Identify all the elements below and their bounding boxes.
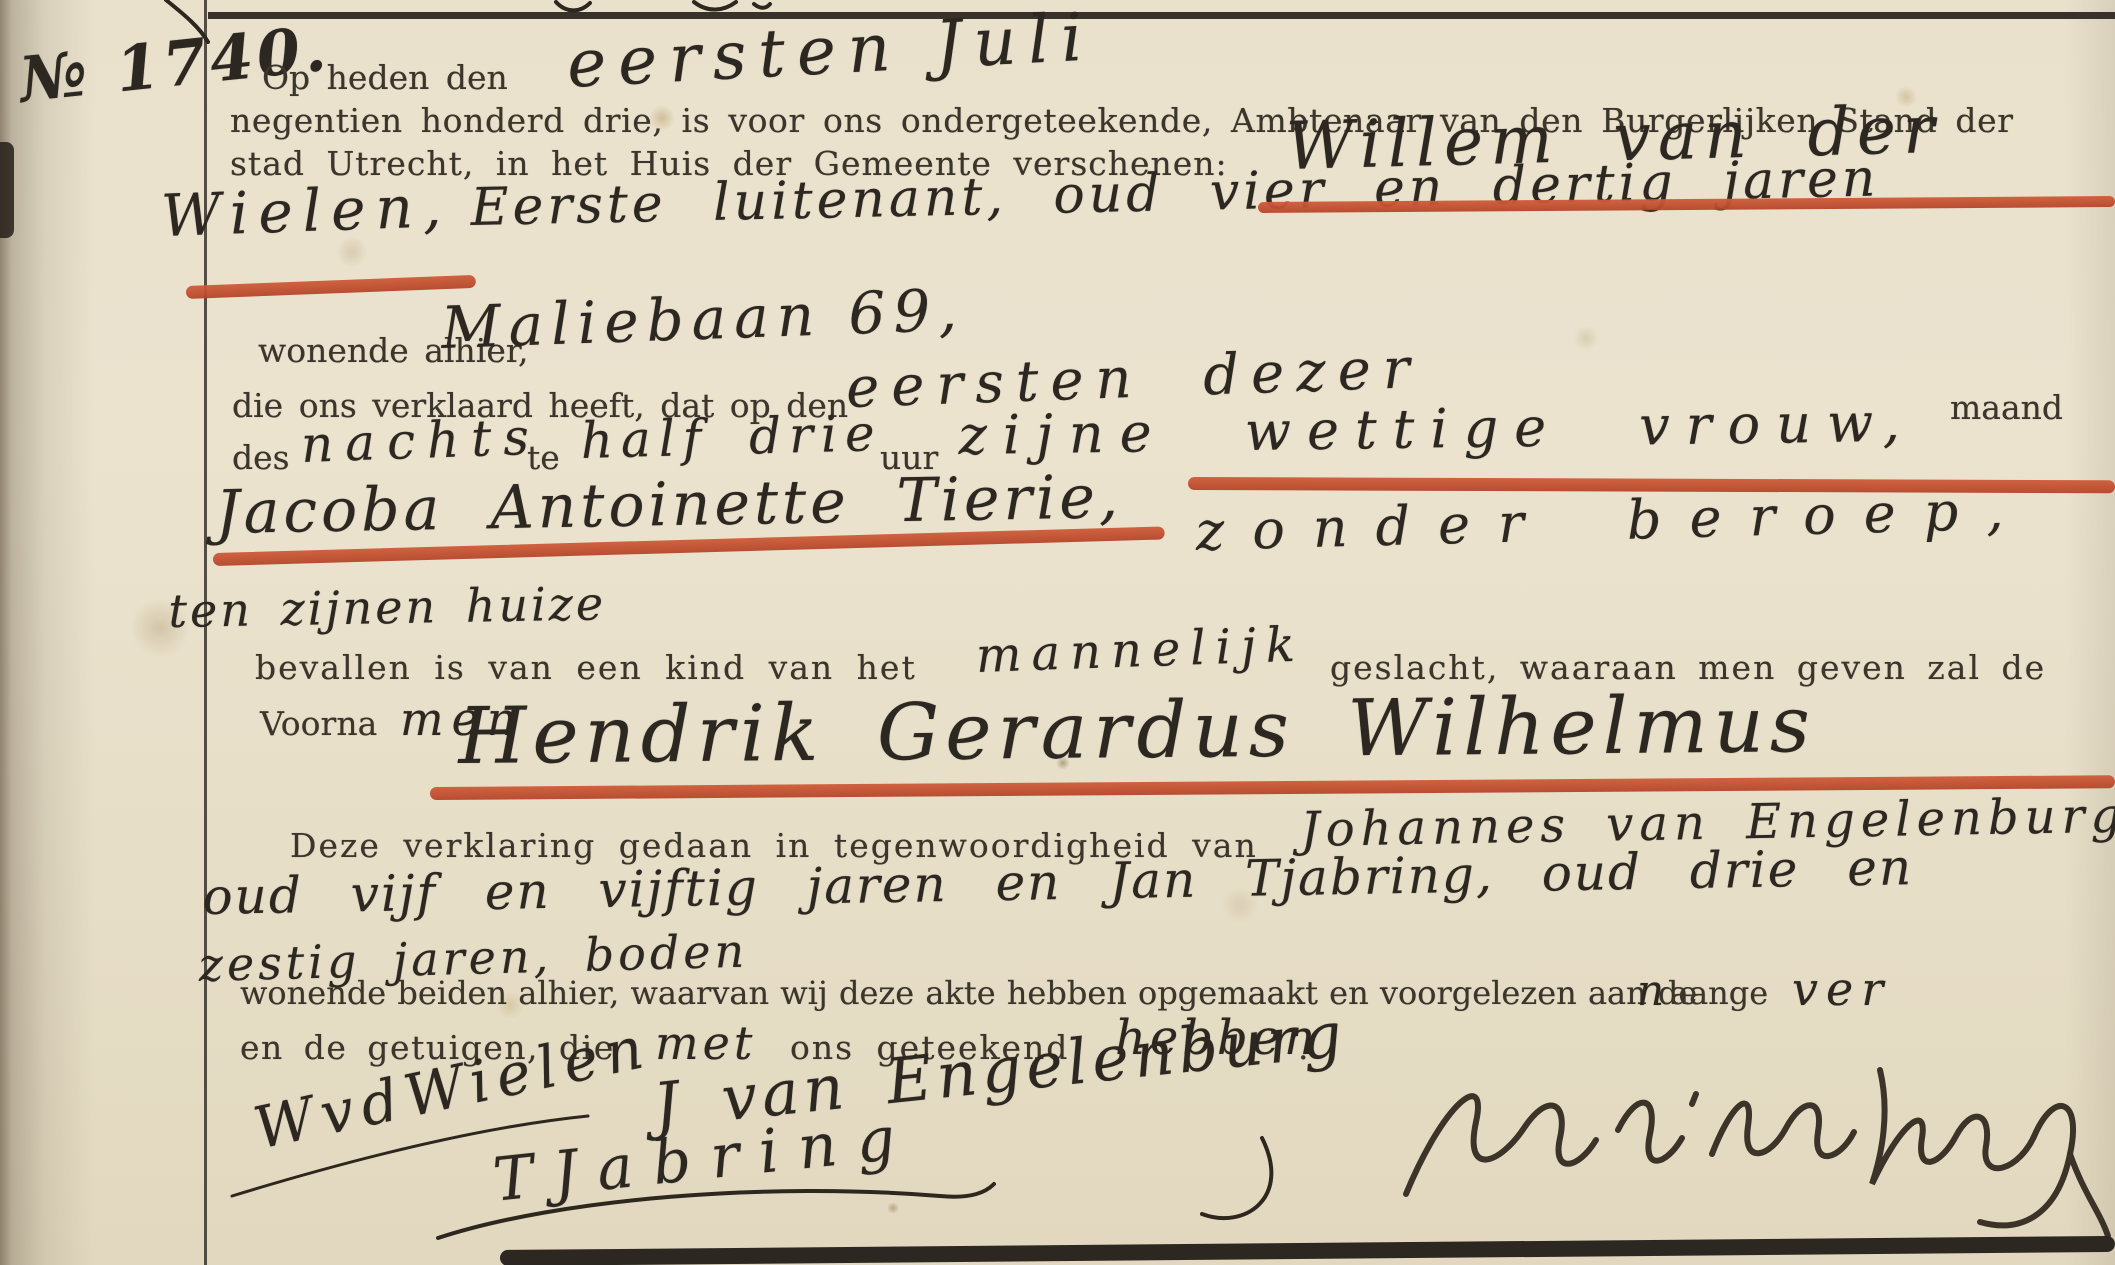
entry-gender: mannelijk [975, 617, 1306, 684]
bottom-border-rule [500, 1236, 2115, 1265]
printed-closing-readout: wonende beiden alhier, waarvan wij deze … [240, 974, 1697, 1012]
binding-shadow-blob [0, 142, 14, 238]
entry-hour: half drie [580, 404, 883, 470]
entry-mother-relation: zijne wettige vrouw, [958, 391, 1916, 467]
entry-closing-ver: ver [1792, 962, 1891, 1016]
entry-at-his-home: ten zijnen huize [168, 576, 607, 638]
printed-firstnames-label: Voorna [260, 704, 377, 743]
birth-certificate-scan: № 1740. Op heden den eersten Juli negent… [0, 0, 2115, 1265]
entry-address: Maliebaan 69, [440, 276, 966, 362]
printed-des: des [232, 438, 290, 477]
printed-date-intro: Op heden den [262, 58, 508, 97]
entry-time-of-day: nachts [300, 408, 542, 474]
printed-delivered-of-child: bevallen is van een kind van het [255, 648, 917, 687]
entry-declarant-surname: Wielen, [160, 172, 452, 250]
red-underline-mother-relation [1188, 477, 2115, 493]
entry-child-names: Hendrik Gerardus Wilhelmus [458, 680, 1816, 782]
cutoff-stroke-top-2 [694, 2, 770, 10]
printed-aange: aange [1670, 974, 1768, 1012]
cutoff-stroke-top-1 [556, 2, 590, 10]
printed-month: maand [1950, 388, 2063, 427]
top-border-rule [208, 12, 2115, 19]
entry-closing-n: n [1637, 966, 1664, 1015]
signature-flourish-witness1 [1202, 1138, 1271, 1218]
red-underline-declarant-surname [186, 275, 476, 299]
official-signature [1378, 1032, 2115, 1252]
